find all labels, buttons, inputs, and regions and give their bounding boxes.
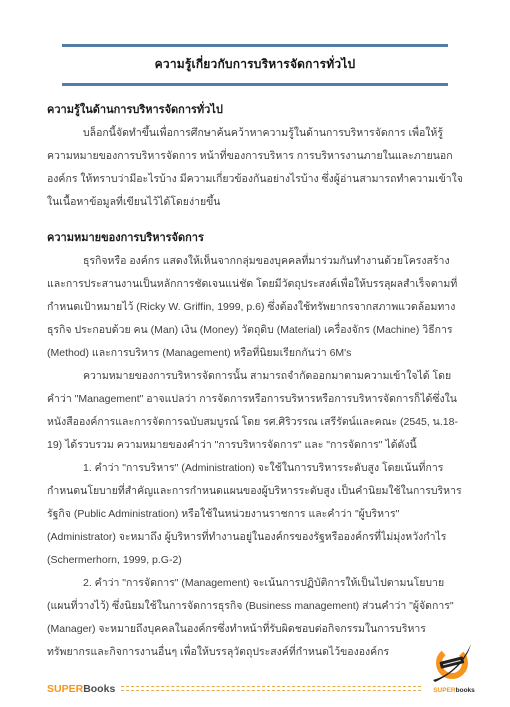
section-heading-management-meaning: ความหมายของการบริหารจัดการ <box>47 227 464 250</box>
footer-brand-left-books: Books <box>83 683 115 695</box>
footer-brand-left: SUPERBooks <box>47 683 115 695</box>
chapter-title-banner: ความรู้เกี่ยวกับการบริหารจัดการทั่วไป <box>62 44 448 86</box>
document-page: ความรู้เกี่ยวกับการบริหารจัดการทั่วไป คว… <box>0 0 510 707</box>
superbooks-logo-text-books: books <box>456 687 475 694</box>
section-heading-general-knowledge: ความรู้ในด้านการบริหารจัดการทั่วไป <box>47 99 464 122</box>
chapter-title: ความรู้เกี่ยวกับการบริหารจัดการทั่วไป <box>155 57 356 71</box>
paragraph-management-translation: ความหมายของการบริหารจัดการนั้น สามารถจำก… <box>47 365 464 457</box>
paragraph-item-1-administration: 1. คำว่า "การบริหาร" (Administration) จะ… <box>47 457 464 572</box>
superbooks-logo: SUPERbooks <box>426 641 482 695</box>
document-body: ความรู้ในด้านการบริหารจัดการทั่วไป บล็อก… <box>47 99 464 664</box>
paragraph-intro: บล็อกนี้จัดทำขึ้นเพื่อการศึกษาค้นคว้าหาค… <box>47 122 464 214</box>
footer-dashed-rule <box>121 686 421 691</box>
footer-brand-left-super: SUPER <box>47 683 83 695</box>
superbooks-logo-icon <box>431 641 477 687</box>
paragraph-business-definition: ธุรกิจหรือ องค์กร แสดงให้เห็นจากกลุ่มของ… <box>47 250 464 365</box>
superbooks-logo-text: SUPERbooks <box>433 687 475 695</box>
page-footer: SUPERBooks SUPERbooks <box>47 641 482 695</box>
superbooks-logo-text-super: SUPER <box>433 687 455 694</box>
